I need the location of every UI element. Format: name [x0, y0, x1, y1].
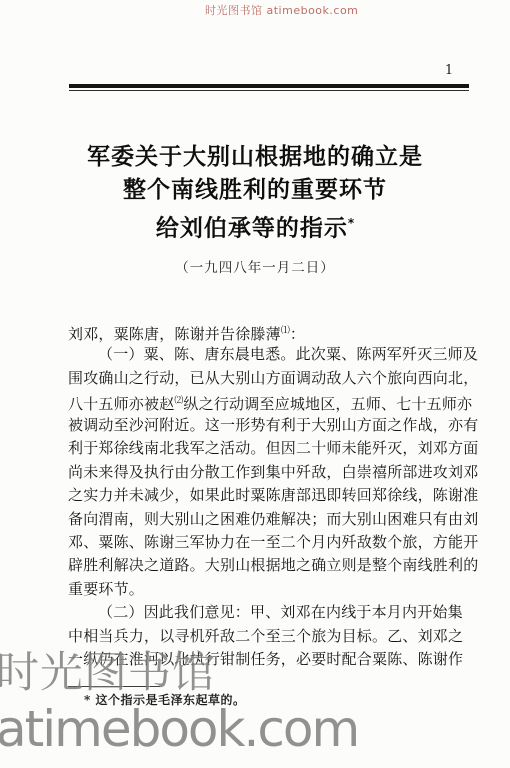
- header-rule-thin-line: [69, 90, 469, 91]
- body-line: 尚未来得及执行由分散工作到集中歼敌，白崇禧所部进攻刘邓: [68, 461, 478, 484]
- top-watermark: 时光图书馆 atimebook.com: [205, 2, 358, 18]
- title-line-1: 军委关于大别山根据地的确立是: [0, 141, 510, 174]
- body-line: 一纵仍在淮河以北执行钳制任务，必要时配合粟陈、陈谢作: [68, 648, 478, 671]
- page-number: 1: [438, 63, 460, 78]
- footnote-text: * 这个指示是毛泽东起草的。: [84, 691, 245, 708]
- footnote-separator: [68, 686, 160, 687]
- body-line: 之实力并未减少，如果此时粟陈唐部迅即转回郑徐线，陈谢准: [68, 484, 478, 507]
- document-title: 军委关于大别山根据地的确立是 整个南线胜利的重要环节 给刘伯承等的指示*: [0, 141, 510, 246]
- body-line: 邓、粟陈、陈谢三军协力在一至二个月内歼敌数个旅，方能开: [68, 531, 478, 554]
- body-line: 被调动至沙河附近。这一形势有利于大别山方面之作战，亦有: [68, 414, 478, 437]
- body-line: 八十五师亦被赵⑵纵之行动调至应城地区，五师、七十五师亦: [68, 390, 478, 413]
- title-line-3: 给刘伯承等的指示*: [0, 207, 510, 246]
- bottom-watermark-domain: atimebook.com: [0, 704, 358, 754]
- body-line: 中相当兵力，以寻机歼敌二个至三个旅为目标。乙、刘邓之: [68, 625, 478, 648]
- header-rule: [69, 84, 469, 91]
- body-line: 围攻确山之行动，已从大别山方面调动敌人六个旅向西向北，: [68, 367, 478, 390]
- body-line: 利于郑徐线南北我军之活动。但因二十师未能歼灭，刘邓方面: [68, 437, 478, 460]
- body-line: 备向渭南，则大别山之困难仍难解决；而大别山困难只有由刘: [68, 508, 478, 531]
- body-line: 重要环节。: [68, 578, 478, 601]
- body-text: 刘邓，粟陈唐，陈谢并告徐滕薄⑴： （一）粟、陈、唐东晨电悉。此次粟、陈两军歼灭三…: [68, 320, 478, 672]
- title-line-2: 整个南线胜利的重要环节: [0, 174, 510, 207]
- scanned-book-page: 时光图书馆 atimebook.com 1 军委关于大别山根据地的确立是 整个南…: [0, 0, 510, 768]
- title-footnote-marker: *: [348, 216, 354, 230]
- header-rule-thick-line: [69, 84, 469, 88]
- body-line: （二）因此我们意见：甲、刘邓在内线于本月内开始集: [68, 601, 478, 624]
- body-line: （一）粟、陈、唐东晨电悉。此次粟、陈两军歼灭三师及: [68, 343, 478, 366]
- document-date: （一九四八年一月二日）: [0, 256, 510, 276]
- body-line: 刘邓，粟陈唐，陈谢并告徐滕薄⑴：: [68, 320, 478, 343]
- body-line: 辟胜利解决之道路。大别山根据地之确立则是整个南线胜利的: [68, 554, 478, 577]
